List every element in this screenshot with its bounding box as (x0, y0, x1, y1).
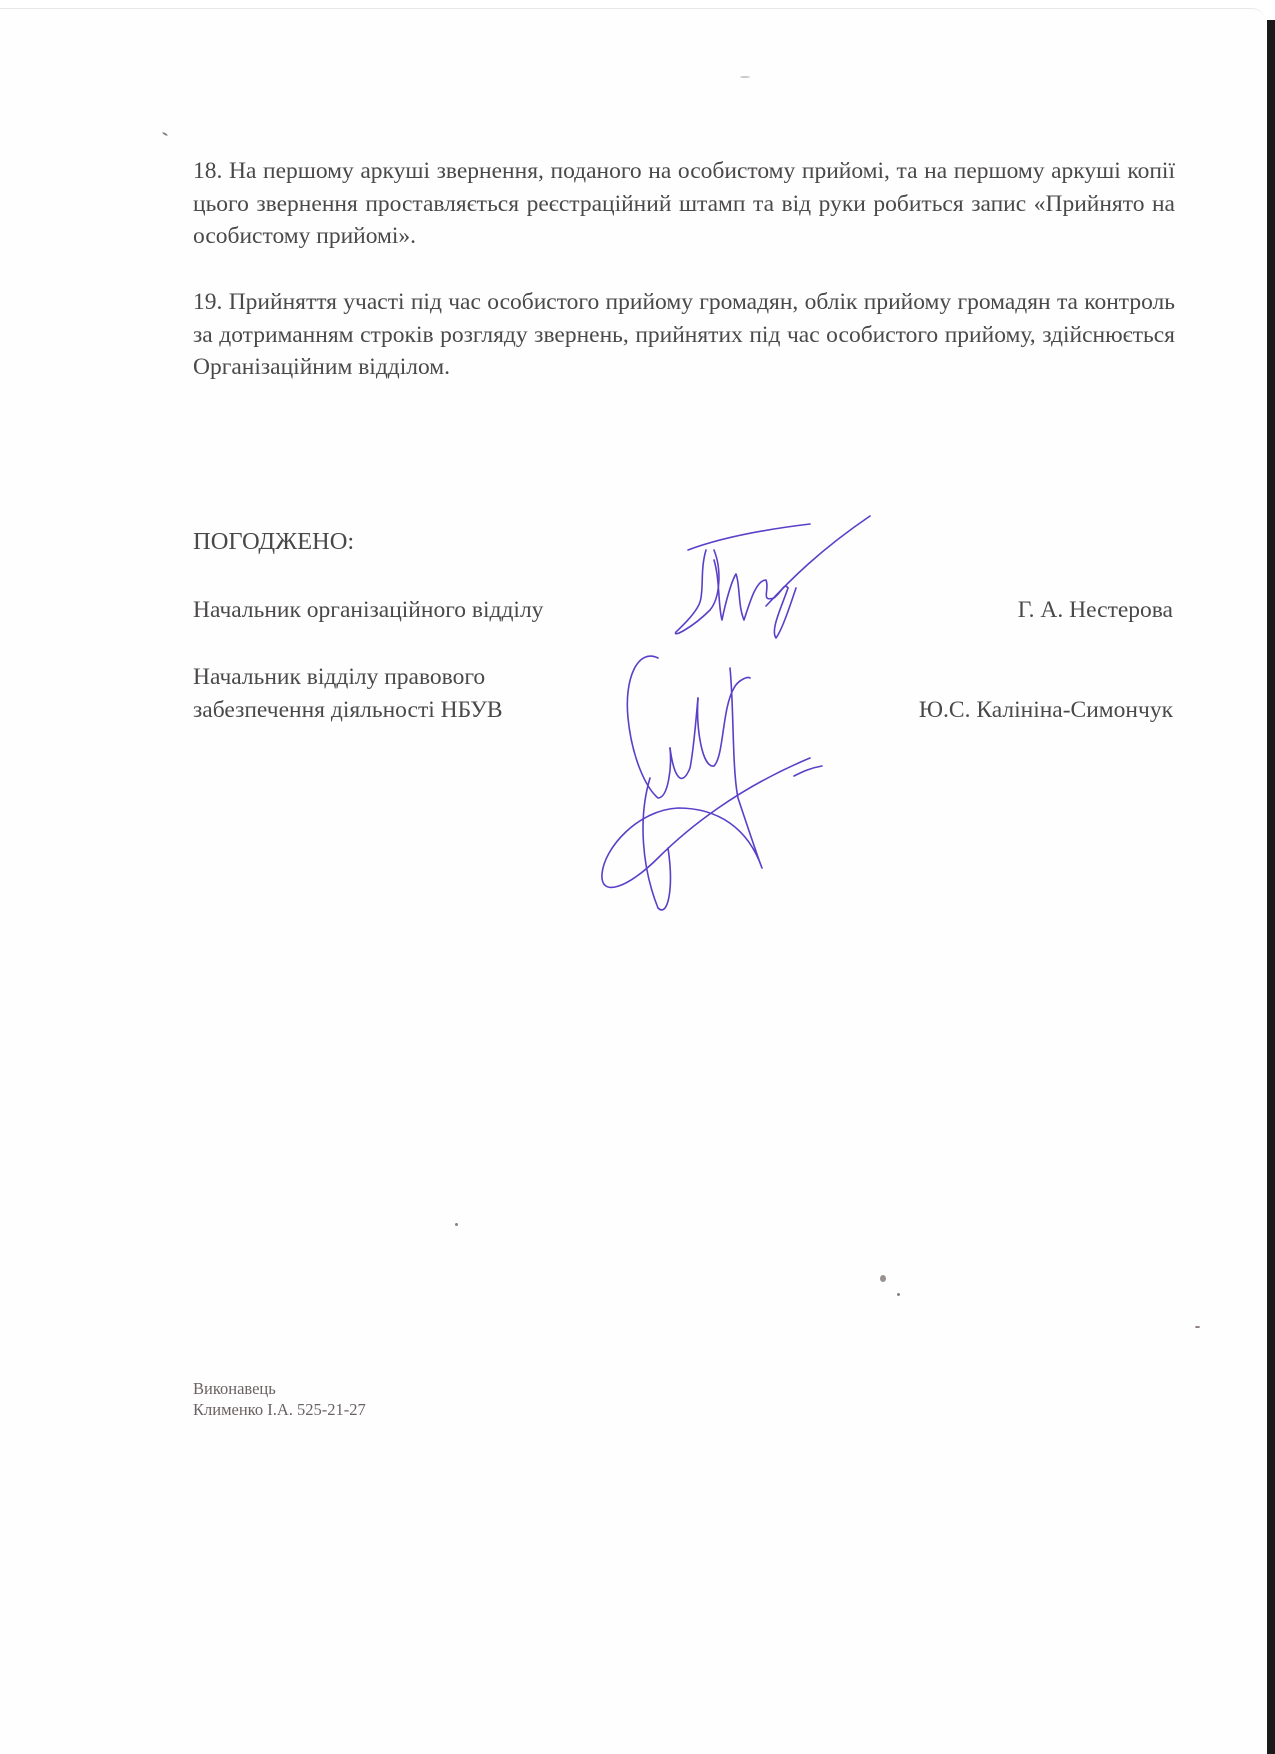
signatory-title-line: Начальник відділу правового (193, 661, 503, 694)
scan-speck (740, 76, 750, 78)
signatory-title-line: забезпечення діяльності НБУВ (193, 694, 503, 727)
paragraph-19: 19. Прийняття участі під час особистого … (193, 286, 1175, 384)
executor-details: Клименко І.А. 525-21-27 (193, 1399, 366, 1420)
signatory-name: Ю.С. Калініна-Симончук (919, 694, 1173, 727)
scan-speck (897, 1293, 900, 1296)
executor-block: Виконавець Клименко І.А. 525-21-27 (193, 1378, 366, 1420)
executor-label: Виконавець (193, 1378, 366, 1399)
signatory-title: Начальник відділу правового забезпечення… (193, 661, 503, 727)
signatory-name: Г. А. Нестерова (1018, 594, 1173, 627)
scan-speck (1195, 1326, 1200, 1328)
scan-speck (880, 1275, 886, 1282)
scan-speck (455, 1223, 458, 1226)
scan-edge (1267, 20, 1275, 1754)
paragraph-18: 18. На першому аркуші звернення, поданог… (193, 155, 1175, 253)
signatory-title-line: Начальник організаційного відділу (193, 597, 543, 623)
signatory-title: Начальник організаційного відділу (193, 594, 543, 627)
signature-icon (598, 648, 858, 918)
approval-heading: ПОГОДЖЕНО: (193, 528, 354, 556)
signature-icon (670, 510, 880, 650)
